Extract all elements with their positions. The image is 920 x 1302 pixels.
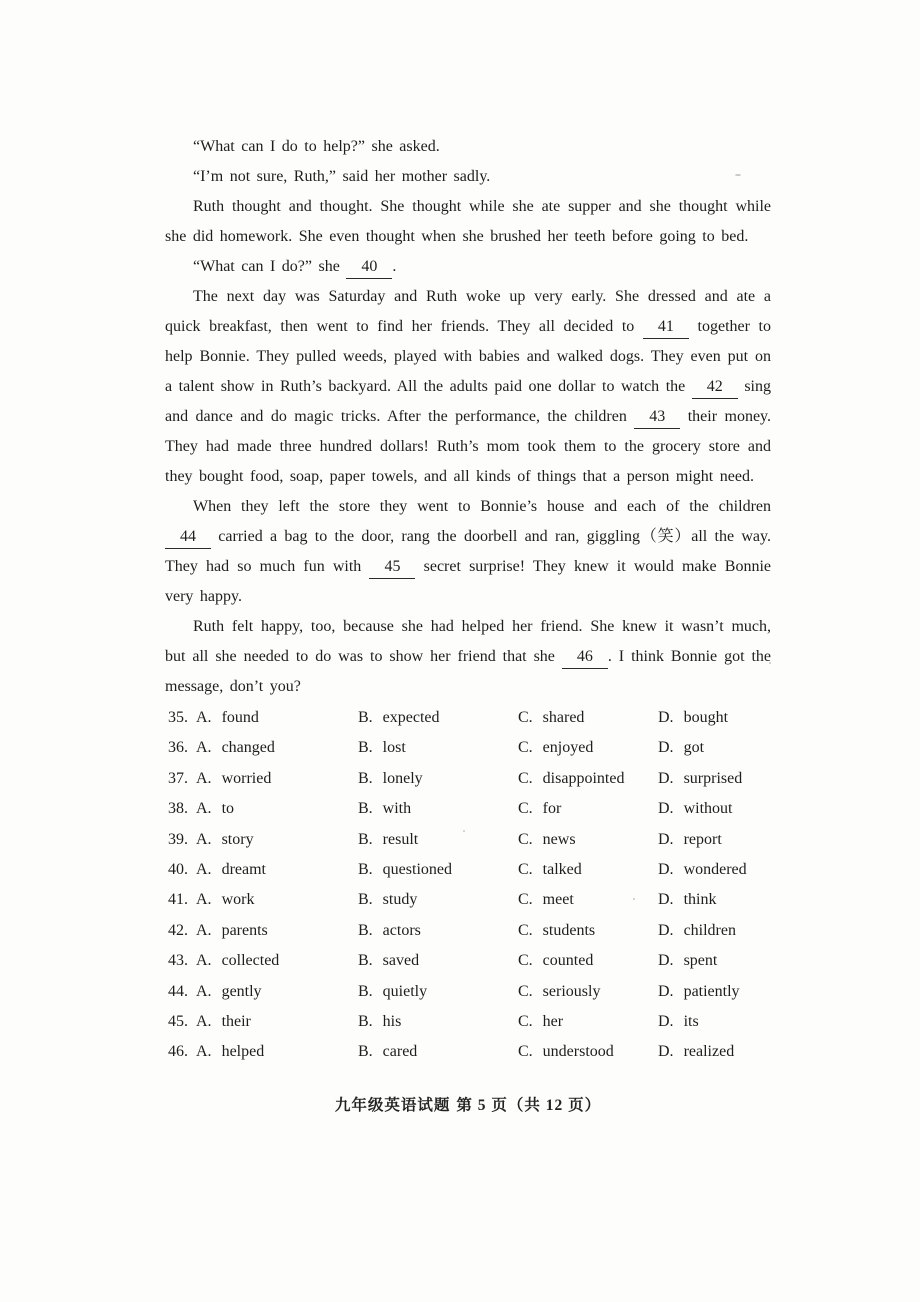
option-word: quietly <box>383 983 427 1000</box>
cloze-blank: 46 <box>562 646 608 669</box>
option-word: helped <box>222 1043 265 1060</box>
option-choice: C.seriously <box>518 977 658 1007</box>
option-choice: A.story <box>196 825 358 855</box>
option-word: collected <box>222 952 280 969</box>
option-choice: A.work <box>196 885 358 915</box>
option-choice: A.changed <box>196 733 358 763</box>
scan-speck <box>769 662 771 664</box>
question-row-42: 42.A.parentsB.actorsC.studentsD.children <box>165 916 771 946</box>
question-row-45: 45.A.theirB.hisC.herD.its <box>165 1007 771 1037</box>
question-number: 37. <box>168 764 196 794</box>
option-choice: B.cared <box>358 1037 518 1067</box>
option-choice: C.enjoyed <box>518 733 658 763</box>
option-word: think <box>684 891 717 908</box>
option-choice: C.shared <box>518 703 658 733</box>
option-letter: D. <box>658 1013 674 1030</box>
option-choice: C.understood <box>518 1037 658 1067</box>
option-letter: A. <box>196 922 212 939</box>
option-letter: B. <box>358 861 373 878</box>
cloze-blank: 45 <box>369 556 415 579</box>
question-number: 46. <box>168 1037 196 1067</box>
option-letter: C. <box>518 831 533 848</box>
option-letter: B. <box>358 983 373 1000</box>
passage-text: “What can I do?” she <box>193 258 346 275</box>
options-list: 35.A.foundB.expectedC.sharedD.bought36.A… <box>165 703 771 1068</box>
question-row-38: 38.A.toB.withC.forD.without <box>165 794 771 824</box>
question-row-40: 40.A.dreamtB.questionedC.talkedD.wondere… <box>165 855 771 885</box>
option-word: actors <box>383 922 421 939</box>
option-choice: C.her <box>518 1007 658 1037</box>
option-letter: C. <box>518 709 533 726</box>
question-row-35: 35.A.foundB.expectedC.sharedD.bought <box>165 703 771 733</box>
question-number: 40. <box>168 855 196 885</box>
option-letter: A. <box>196 983 212 1000</box>
question-row-41: 41.A.workB.studyC.meetD.think <box>165 885 771 915</box>
passage-text: When they left the store they went to Bo… <box>193 498 771 515</box>
option-letter: B. <box>358 739 373 756</box>
option-letter: B. <box>358 800 373 817</box>
option-word: patiently <box>684 983 740 1000</box>
question-row-44: 44.A.gentlyB.quietlyC.seriouslyD.patient… <box>165 977 771 1007</box>
option-letter: C. <box>518 770 533 787</box>
option-word: disappointed <box>543 770 625 787</box>
option-word: her <box>543 1013 563 1030</box>
option-choice: B.saved <box>358 946 518 976</box>
option-choice: C.counted <box>518 946 658 976</box>
option-word: worried <box>222 770 272 787</box>
option-choice: A.worried <box>196 764 358 794</box>
option-letter: D. <box>658 983 674 1000</box>
question-number: 36. <box>168 733 196 763</box>
option-word: saved <box>383 952 419 969</box>
option-letter: D. <box>658 952 674 969</box>
passage-paragraph: “What can I do to help?” she asked. <box>165 132 771 162</box>
option-letter: C. <box>518 983 533 1000</box>
question-row-37: 37.A.worriedB.lonelyC.disappointedD.surp… <box>165 764 771 794</box>
option-choice: D.report <box>658 825 771 855</box>
option-word: surprised <box>684 770 743 787</box>
question-number: 35. <box>168 703 196 733</box>
option-choice: D.without <box>658 794 771 824</box>
option-choice: D.children <box>658 916 771 946</box>
option-word: report <box>684 831 722 848</box>
option-word: his <box>383 1013 402 1030</box>
option-word: talked <box>543 861 582 878</box>
option-choice: C.meet <box>518 885 658 915</box>
question-number: 42. <box>168 916 196 946</box>
option-word: dreamt <box>222 861 266 878</box>
question-number: 38. <box>168 794 196 824</box>
passage-paragraph: Ruth thought and thought. She thought wh… <box>165 192 771 252</box>
passage-paragraph: When they left the store they went to Bo… <box>165 492 771 612</box>
cloze-blank: 44 <box>165 526 211 549</box>
option-word: counted <box>543 952 594 969</box>
page-content: “What can I do to help?” she asked.“I’m … <box>165 132 771 1115</box>
option-letter: C. <box>518 739 533 756</box>
option-word: found <box>222 709 259 726</box>
option-choice: C.news <box>518 825 658 855</box>
option-word: for <box>543 800 562 817</box>
passage-text: Ruth thought and thought. She thought wh… <box>165 198 771 245</box>
option-letter: A. <box>196 952 212 969</box>
option-choice: C.talked <box>518 855 658 885</box>
cloze-blank: 42 <box>692 376 738 399</box>
option-letter: A. <box>196 800 212 817</box>
option-choice: B.expected <box>358 703 518 733</box>
option-word: with <box>383 800 411 817</box>
option-letter: B. <box>358 1043 373 1060</box>
option-choice: A.parents <box>196 916 358 946</box>
option-word: shared <box>543 709 585 726</box>
option-word: understood <box>543 1043 614 1060</box>
question-row-39: 39.A.storyB.resultC.newsD.report <box>165 825 771 855</box>
option-letter: C. <box>518 891 533 908</box>
option-word: news <box>543 831 576 848</box>
option-word: changed <box>222 739 275 756</box>
option-word: work <box>222 891 255 908</box>
cloze-blank: 43 <box>634 406 680 429</box>
option-choice: C.students <box>518 916 658 946</box>
option-choice: B.his <box>358 1007 518 1037</box>
option-letter: C. <box>518 952 533 969</box>
scan-speck <box>633 898 635 900</box>
passage-text: . <box>392 258 396 275</box>
option-letter: B. <box>358 831 373 848</box>
option-word: gently <box>222 983 262 1000</box>
option-word: enjoyed <box>543 739 594 756</box>
option-word: result <box>383 831 419 848</box>
option-letter: C. <box>518 800 533 817</box>
option-letter: D. <box>658 739 674 756</box>
option-choice: B.questioned <box>358 855 518 885</box>
option-word: cared <box>383 1043 418 1060</box>
passage-paragraph: “I’m not sure, Ruth,” said her mother sa… <box>165 162 771 192</box>
passage-paragraph: The next day was Saturday and Ruth woke … <box>165 282 771 492</box>
scanned-test-page: “What can I do to help?” she asked.“I’m … <box>0 0 920 1302</box>
option-choice: A.found <box>196 703 358 733</box>
option-word: meet <box>543 891 574 908</box>
option-choice: D.surprised <box>658 764 771 794</box>
option-word: wondered <box>684 861 747 878</box>
option-choice: A.gently <box>196 977 358 1007</box>
option-word: seriously <box>543 983 601 1000</box>
option-word: questioned <box>383 861 452 878</box>
passage-paragraph: “What can I do?” she 40. <box>165 252 771 282</box>
option-word: lonely <box>383 770 423 787</box>
option-letter: B. <box>358 891 373 908</box>
option-choice: C.for <box>518 794 658 824</box>
option-word: to <box>222 800 234 817</box>
option-letter: B. <box>358 922 373 939</box>
option-word: spent <box>684 952 718 969</box>
option-letter: A. <box>196 831 212 848</box>
option-letter: D. <box>658 922 674 939</box>
option-choice: A.collected <box>196 946 358 976</box>
option-letter: D. <box>658 891 674 908</box>
option-word: study <box>383 891 418 908</box>
option-choice: D.spent <box>658 946 771 976</box>
question-number: 44. <box>168 977 196 1007</box>
question-row-46: 46.A.helpedB.caredC.understoodD.realized <box>165 1037 771 1067</box>
passage-text: “I’m not sure, Ruth,” said her mother sa… <box>193 168 490 185</box>
option-choice: A.their <box>196 1007 358 1037</box>
option-choice: B.quietly <box>358 977 518 1007</box>
option-letter: C. <box>518 861 533 878</box>
option-letter: A. <box>196 861 212 878</box>
option-word: story <box>222 831 254 848</box>
option-letter: A. <box>196 770 212 787</box>
question-number: 41. <box>168 885 196 915</box>
option-letter: C. <box>518 1043 533 1060</box>
option-choice: B.lost <box>358 733 518 763</box>
option-letter: D. <box>658 861 674 878</box>
option-choice: A.to <box>196 794 358 824</box>
footer-page-number: 第 5 页（共 12 页） <box>456 1097 601 1114</box>
option-letter: C. <box>518 1013 533 1030</box>
option-choice: A.helped <box>196 1037 358 1067</box>
option-choice: D.think <box>658 885 771 915</box>
passage-paragraph: Ruth felt happy, too, because she had he… <box>165 612 771 702</box>
option-letter: A. <box>196 709 212 726</box>
option-word: their <box>222 1013 251 1030</box>
question-row-36: 36.A.changedB.lostC.enjoyedD.got <box>165 733 771 763</box>
option-letter: A. <box>196 891 212 908</box>
option-choice: B.lonely <box>358 764 518 794</box>
option-choice: D.its <box>658 1007 771 1037</box>
option-choice: D.wondered <box>658 855 771 885</box>
option-choice: D.realized <box>658 1037 771 1067</box>
option-word: realized <box>684 1043 735 1060</box>
footer-doc-title: 九年级英语试题 <box>335 1097 451 1114</box>
option-choice: A.dreamt <box>196 855 358 885</box>
option-letter: A. <box>196 1013 212 1030</box>
option-letter: B. <box>358 709 373 726</box>
option-letter: D. <box>658 831 674 848</box>
page-footer: 九年级英语试题第 5 页（共 12 页） <box>165 1093 771 1115</box>
option-word: bought <box>684 709 728 726</box>
option-letter: D. <box>658 800 674 817</box>
option-letter: B. <box>358 952 373 969</box>
option-choice: D.bought <box>658 703 771 733</box>
passage-text: “What can I do to help?” she asked. <box>193 138 440 155</box>
option-word: expected <box>383 709 440 726</box>
option-choice: C.disappointed <box>518 764 658 794</box>
option-word: got <box>684 739 704 756</box>
option-letter: D. <box>658 770 674 787</box>
option-letter: B. <box>358 1013 373 1030</box>
option-choice: B.result <box>358 825 518 855</box>
option-letter: A. <box>196 739 212 756</box>
question-number: 45. <box>168 1007 196 1037</box>
cloze-blank: 41 <box>643 316 689 339</box>
question-number: 43. <box>168 946 196 976</box>
option-letter: B. <box>358 770 373 787</box>
question-number: 39. <box>168 825 196 855</box>
question-row-43: 43.A.collectedB.savedC.countedD.spent <box>165 946 771 976</box>
option-choice: D.patiently <box>658 977 771 1007</box>
option-choice: B.study <box>358 885 518 915</box>
option-letter: A. <box>196 1043 212 1060</box>
option-choice: B.with <box>358 794 518 824</box>
option-word: children <box>684 922 736 939</box>
option-word: lost <box>383 739 406 756</box>
cloze-passage: “What can I do to help?” she asked.“I’m … <box>165 132 771 702</box>
cloze-blank: 40 <box>346 256 392 279</box>
option-choice: B.actors <box>358 916 518 946</box>
option-choice: D.got <box>658 733 771 763</box>
option-letter: D. <box>658 1043 674 1060</box>
option-letter: C. <box>518 922 533 939</box>
scan-speck <box>463 830 465 832</box>
option-letter: D. <box>658 709 674 726</box>
option-word: parents <box>222 922 268 939</box>
scan-speck <box>735 174 741 176</box>
option-word: students <box>543 922 595 939</box>
option-word: its <box>684 1013 699 1030</box>
option-word: without <box>684 800 733 817</box>
